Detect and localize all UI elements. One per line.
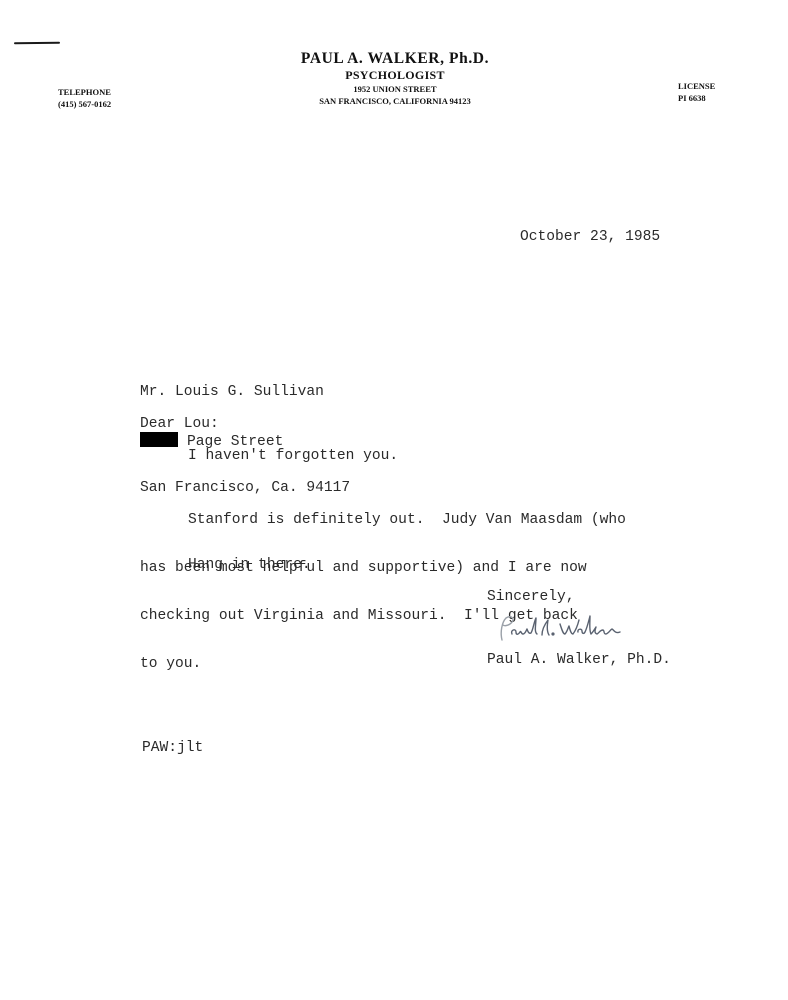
- signer-name: Paul A. Walker, Ph.D.: [487, 652, 671, 668]
- letterhead-city: SAN FRANCISCO, CALIFORNIA 94123: [250, 96, 540, 106]
- reference-initials: PAW:jlt: [142, 740, 203, 756]
- letterhead-title: PSYCHOLOGIST: [250, 68, 540, 83]
- letterhead-license: LICENSE PI 6638: [678, 80, 715, 104]
- signature-icon: [490, 610, 640, 646]
- salutation: Dear Lou:: [140, 416, 219, 432]
- telephone-label: TELEPHONE: [58, 86, 111, 98]
- license-label: LICENSE: [678, 80, 715, 92]
- scan-mark: [14, 42, 60, 44]
- closing: Sincerely,: [487, 589, 575, 605]
- recipient-name: Mr. Louis G. Sullivan: [140, 384, 350, 400]
- letterhead-name: PAUL A. WALKER, Ph.D.: [250, 50, 540, 68]
- paragraph-2-line: Stanford is definitely out. Judy Van Maa…: [140, 512, 626, 528]
- license-number: PI 6638: [678, 92, 715, 104]
- recipient-street-line: Page Street: [140, 432, 350, 448]
- letterhead-street: 1952 UNION STREET: [250, 84, 540, 94]
- letterhead-telephone: TELEPHONE (415) 567-0162: [58, 86, 111, 110]
- paragraph-1: I haven't forgotten you.: [188, 448, 398, 464]
- paragraph-3: Hang in there.: [188, 557, 311, 573]
- telephone-number: (415) 567-0162: [58, 98, 111, 110]
- letter-date: October 23, 1985: [520, 229, 660, 245]
- redaction-box: [140, 432, 178, 447]
